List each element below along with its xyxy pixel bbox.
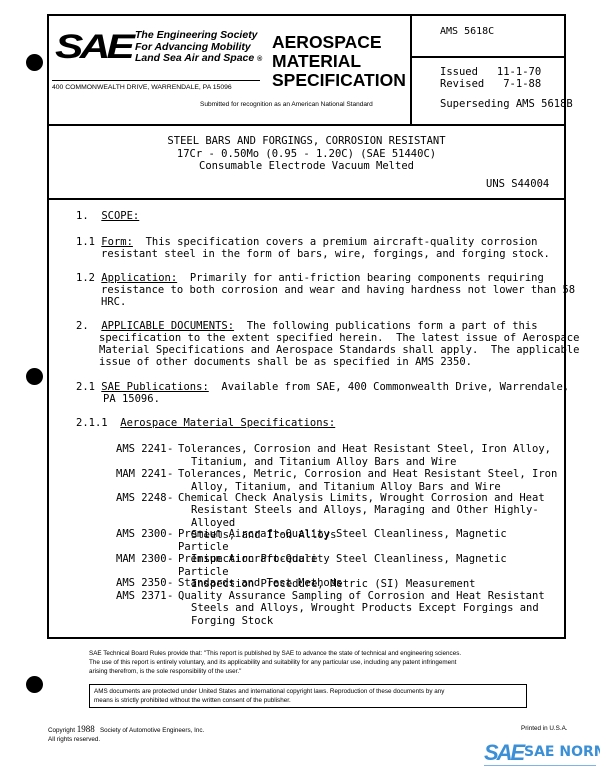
section-1-1: 1.1 Form: This specification covers a pr…	[76, 236, 538, 249]
reference-item: AMS 2241- Tolerances, Corrosion and Heat…	[116, 443, 566, 468]
reference-item: AMS 2350- Standards and Test Methods	[116, 577, 566, 590]
superseding-note: Superseding AMS 5618B	[440, 98, 573, 110]
binder-hole-top	[26, 54, 43, 71]
sae-tagline: The Engineering Society For Advancing Mo…	[135, 30, 262, 66]
section-2-1-1: 2.1.1 Aerospace Material Specifications:	[76, 417, 335, 430]
spec-type-title: AEROSPACE MATERIAL SPECIFICATION	[272, 33, 406, 90]
sae-norm-watermark: SAE SAE NORM	[484, 740, 523, 766]
printed-in: Printed in U.S.A.	[521, 725, 568, 732]
reference-item: MAM 2241- Tolerances, Metric, Corrosion …	[116, 468, 566, 492]
reference-item: AMS 2248- Chemical Check Analysis Limits…	[116, 492, 566, 529]
ansi-note: Submitted for recognition as an American…	[200, 101, 373, 108]
registered-mark: ®	[257, 56, 262, 63]
binder-hole-middle	[26, 368, 43, 385]
binder-hole-bottom	[26, 676, 43, 693]
sae-address: 400 COMMONWEALTH DRIVE, WARRENDALE, PA 1…	[52, 84, 232, 91]
document-number: AMS 5618C	[440, 26, 494, 37]
issue-dates: Issued 11-1-70 Revised 7-1-88	[440, 66, 541, 90]
reference-item: AMS 2300- Premium Aircraft-Quality Steel…	[116, 528, 566, 553]
document-title: STEEL BARS AND FORGINGS, CORROSION RESIS…	[47, 135, 566, 173]
section-1-heading: 1. SCOPE:	[76, 210, 139, 223]
header-divider	[410, 56, 566, 58]
reference-list: AMS 2241- Tolerances, Corrosion and Heat…	[116, 443, 566, 628]
sae-logo: SAE	[55, 30, 131, 64]
copyright-notice-box: AMS documents are protected under United…	[89, 684, 527, 708]
section-2: 2. APPLICABLE DOCUMENTS: The following p…	[76, 320, 538, 333]
technical-board-rules: SAE Technical Board Rules provide that: …	[89, 649, 529, 676]
section-1-2: 1.2 Application: Primarily for anti-fric…	[76, 272, 544, 285]
uns-number: UNS S44004	[486, 178, 549, 190]
reference-item: AMS 2371- Quality Assurance Sampling of …	[116, 590, 566, 628]
logo-rule	[52, 80, 260, 81]
copyright: Copyright 1988 Society of Automotive Eng…	[48, 725, 204, 744]
reference-item: MAM 2300- Premium Aircraft-Quality Steel…	[116, 553, 566, 577]
watermark-text: SAE NORM	[524, 744, 600, 760]
section-2-1: 2.1 SAE Publications: Available from SAE…	[76, 381, 569, 394]
watermark-logo: SAE	[484, 740, 523, 765]
header-divider	[410, 14, 412, 125]
